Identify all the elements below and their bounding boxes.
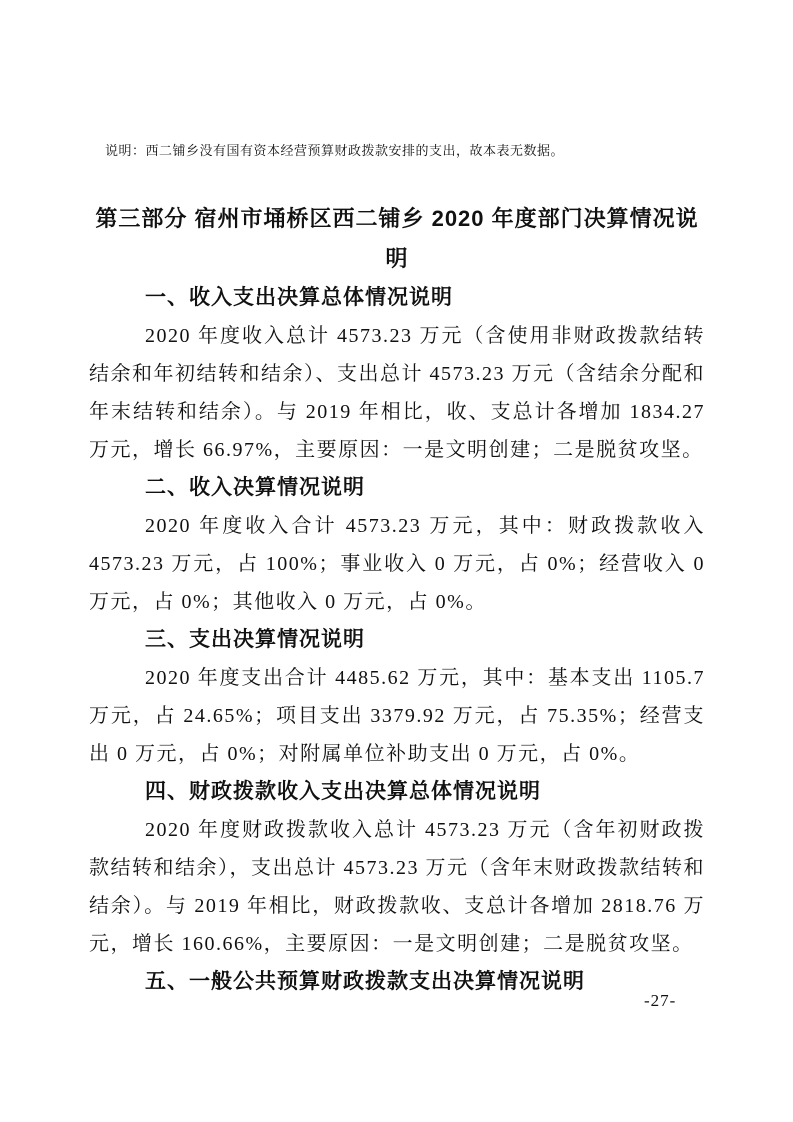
document-page: 说明：西二铺乡没有国有资本经营预算财政拨款安排的支出，故本表无数据。 第三部分 …: [0, 0, 793, 1122]
page-content: 说明：西二铺乡没有国有资本经营预算财政拨款安排的支出，故本表无数据。 第三部分 …: [0, 0, 793, 1001]
section-paragraph-3: 2020 年度支出合计 4485.62 万元，其中：基本支出 1105.7 万元…: [89, 659, 705, 773]
section-heading-4: 四、财政拨款收入支出决算总体情况说明: [89, 773, 705, 811]
section-income-statement: 二、收入决算情况说明 2020 年度收入合计 4573.23 万元，其中：财政拨…: [89, 469, 705, 621]
section-paragraph-4: 2020 年度财政拨款收入总计 4573.23 万元（含年初财政拨款结转和结余）…: [89, 811, 705, 963]
page-title-line-2: 明: [89, 239, 705, 279]
section-expenditure-statement: 三、支出决算情况说明 2020 年度支出合计 4485.62 万元，其中：基本支…: [89, 621, 705, 773]
section-public-budget-expenditure: 五、一般公共预算财政拨款支出决算情况说明: [89, 963, 705, 1001]
section-heading-2: 二、收入决算情况说明: [89, 469, 705, 507]
section-paragraph-2: 2020 年度收入合计 4573.23 万元，其中：财政拨款收入 4573.23…: [89, 507, 705, 621]
page-number: -27-: [644, 991, 676, 1011]
section-income-expenditure-overview: 一、收入支出决算总体情况说明 2020 年度收入总计 4573.23 万元（含使…: [89, 279, 705, 469]
section-heading-3: 三、支出决算情况说明: [89, 621, 705, 659]
section-paragraph-1: 2020 年度收入总计 4573.23 万元（含使用非财政拨款结转结余和年初结转…: [89, 317, 705, 469]
section-heading-5: 五、一般公共预算财政拨款支出决算情况说明: [89, 963, 705, 1001]
table-note: 说明：西二铺乡没有国有资本经营预算财政拨款安排的支出，故本表无数据。: [105, 143, 705, 159]
page-title: 第三部分 宿州市埇桥区西二铺乡 2020 年度部门决算情况说 明: [89, 199, 705, 279]
section-heading-1: 一、收入支出决算总体情况说明: [89, 279, 705, 317]
page-title-line-1: 第三部分 宿州市埇桥区西二铺乡 2020 年度部门决算情况说: [89, 199, 705, 239]
section-fiscal-appropriation-overview: 四、财政拨款收入支出决算总体情况说明 2020 年度财政拨款收入总计 4573.…: [89, 773, 705, 963]
